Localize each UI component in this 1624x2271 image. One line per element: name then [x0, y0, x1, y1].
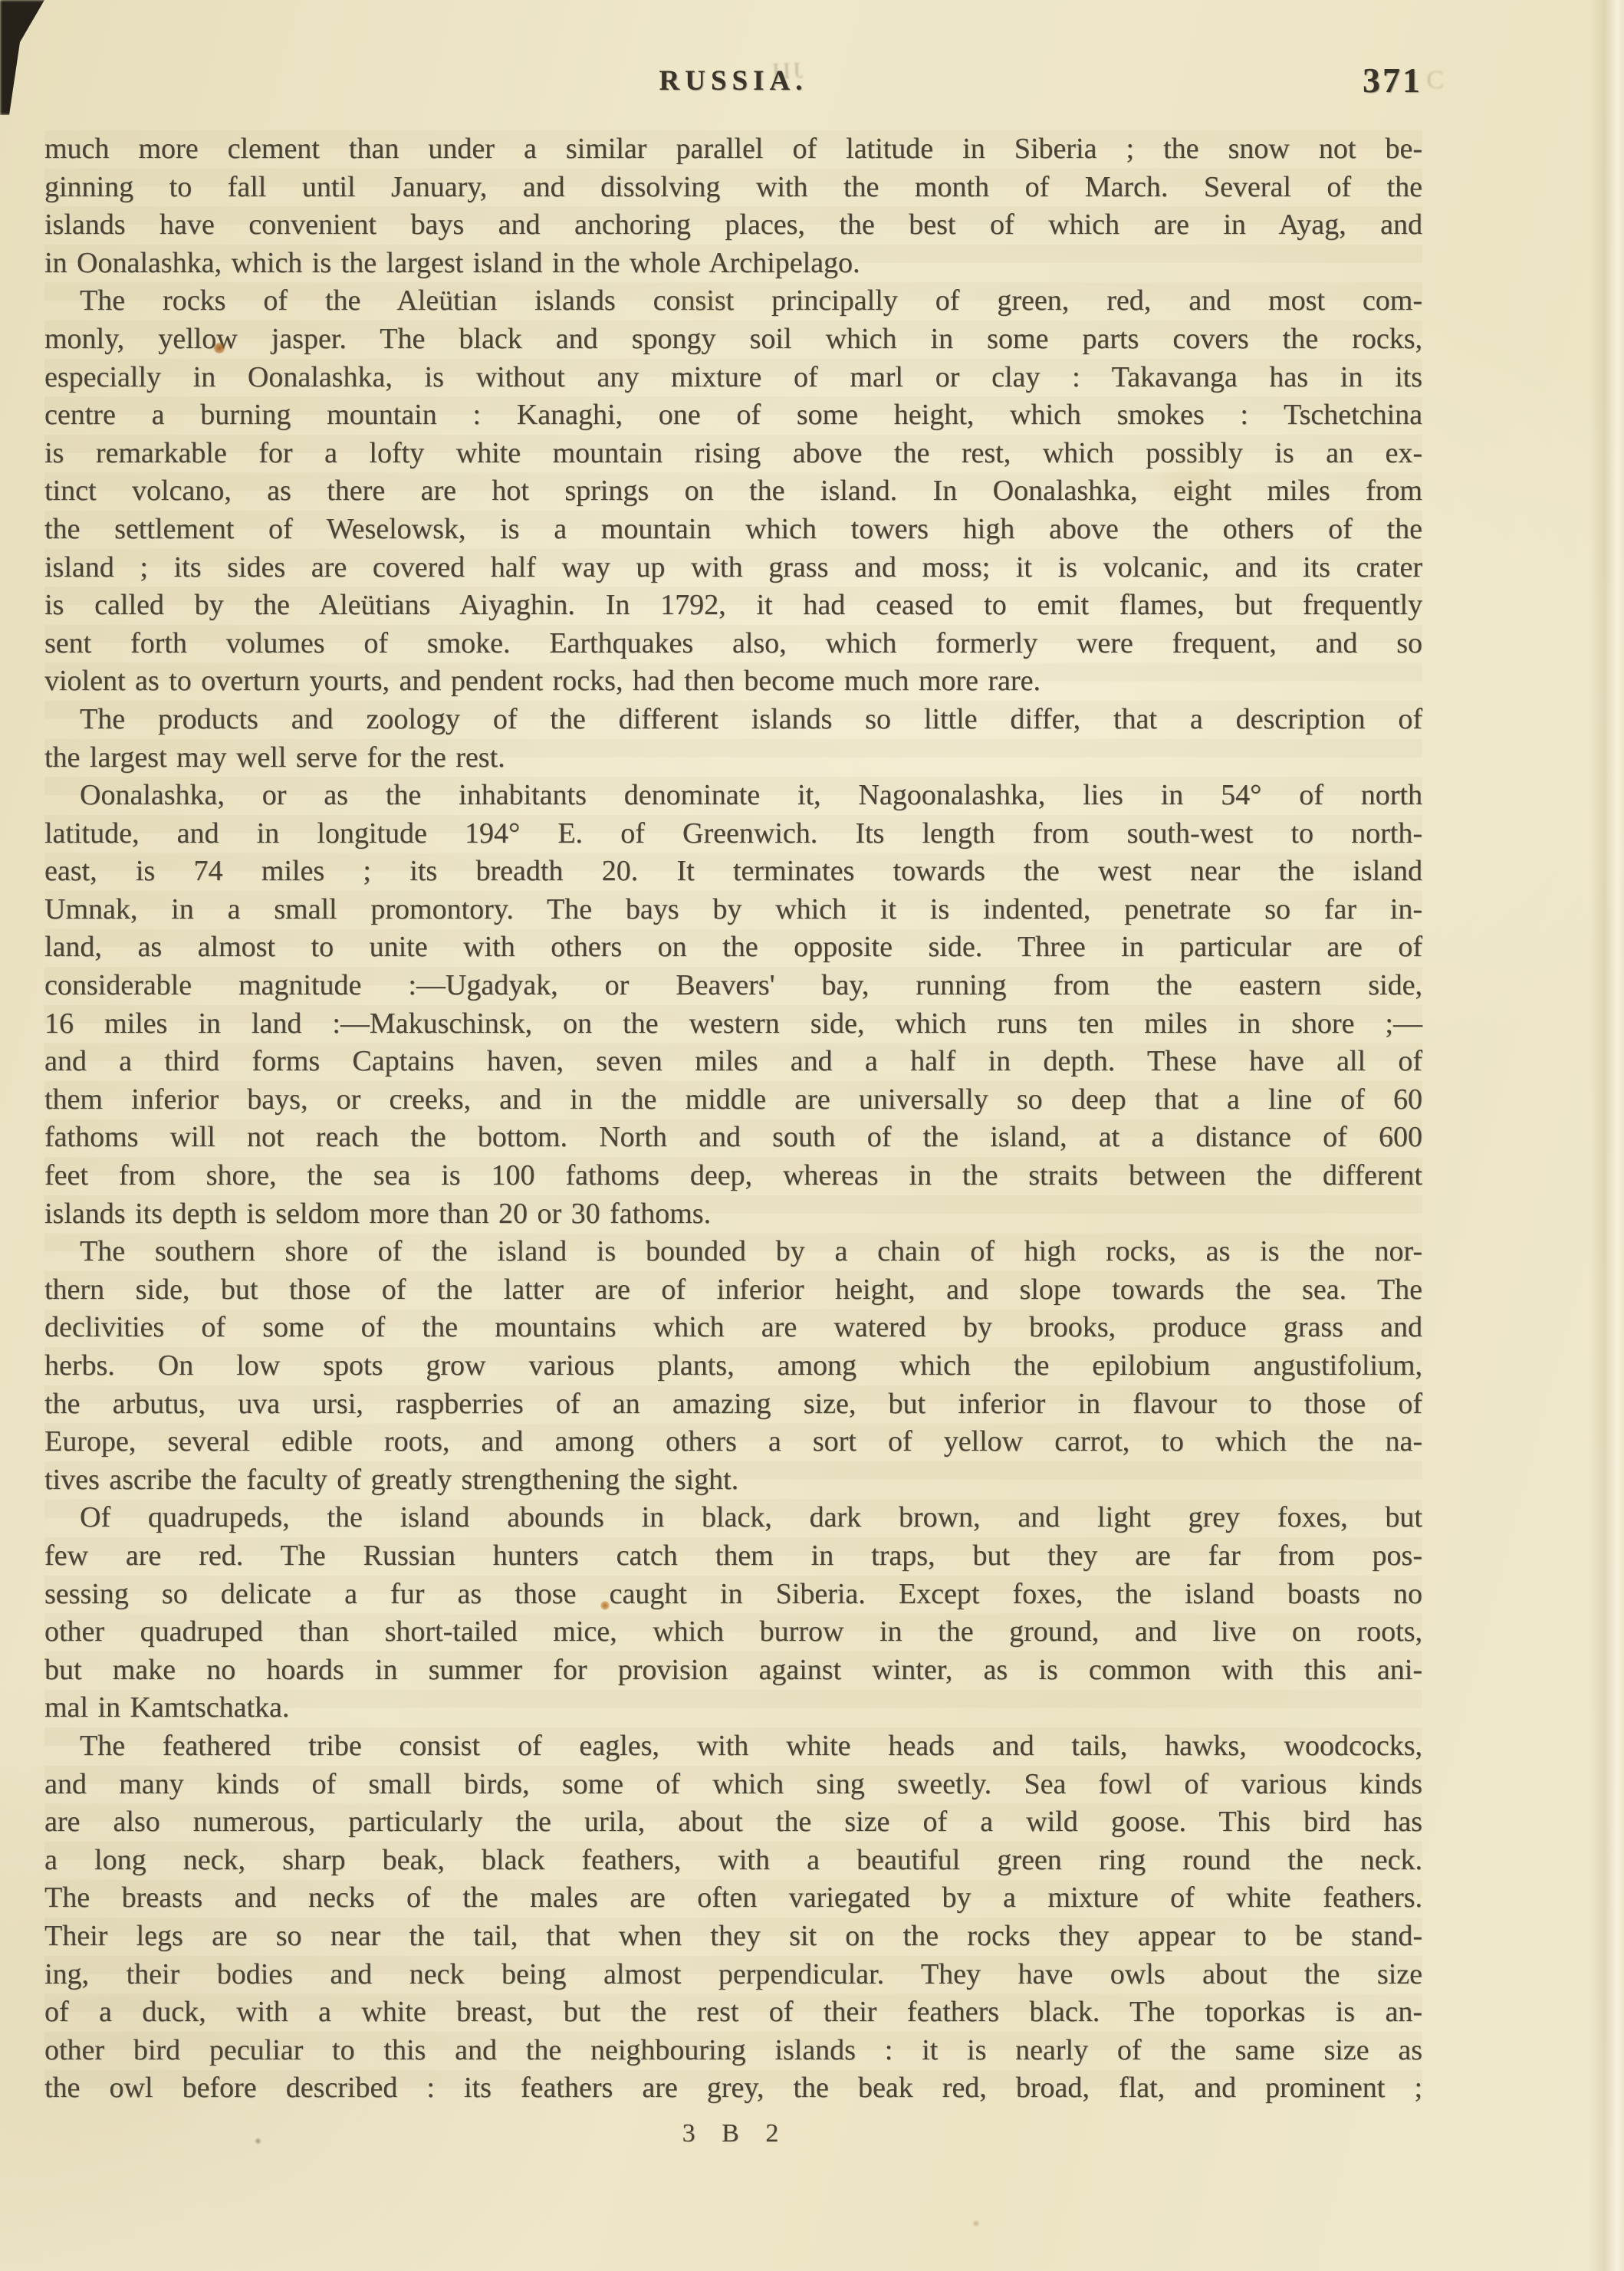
text-line: in Oonalashka, which is the largest isla… [44, 245, 1422, 283]
page-number: 371 [1363, 60, 1422, 100]
text-line: much more clement than under a similar p… [44, 130, 1422, 169]
text-line: few are red. The Russian hunters catch t… [44, 1537, 1422, 1576]
text-line: sent forth volumes of smoke. Earthquakes… [44, 625, 1422, 663]
text-line: other quadruped than short-tailed mice, … [44, 1613, 1422, 1651]
text-line: The southern shore of the island is boun… [44, 1233, 1422, 1271]
text-line: ing, their bodies and neck being almost … [44, 1956, 1422, 1994]
text-line: herbs. On low spots grow various plants,… [44, 1347, 1422, 1385]
text-line: monly, yellow jasper. The black and spon… [44, 320, 1422, 359]
text-line: declivities of some of the mountains whi… [44, 1309, 1422, 1347]
text-line: the arbutus, uva ursi, raspberries of an… [44, 1385, 1422, 1424]
text-line: The products and zoology of the differen… [44, 701, 1422, 739]
text-line: them inferior bays, or creeks, and in th… [44, 1081, 1422, 1119]
text-line: feet from shore, the sea is 100 fathoms … [44, 1157, 1422, 1195]
text-line: Umnak, in a small promontory. The bays b… [44, 891, 1422, 929]
text-line: islands its depth is seldom more than 20… [44, 1195, 1422, 1234]
text-line: and many kinds of small birds, some of w… [44, 1766, 1422, 1804]
book-page: JII RUSSIA. 371 C much more clement than… [0, 0, 1624, 2271]
text-line: land, as almost to unite with others on … [44, 928, 1422, 967]
text-line: The breasts and necks of the males are o… [44, 1879, 1422, 1918]
text-line: centre a burning mountain : Kanaghi, one… [44, 396, 1422, 435]
text-line: a long neck, sharp beak, black feathers,… [44, 1842, 1422, 1880]
text-line: fathoms will not reach the bottom. North… [44, 1119, 1422, 1157]
text-line: 16 miles in land :—Makuschinsk, on the w… [44, 1005, 1422, 1043]
page-header: JII RUSSIA. 371 C [44, 64, 1422, 103]
text-line: island ; its sides are covered half way … [44, 549, 1422, 587]
text-line: considerable magnitude :—Ugadyak, or Bea… [44, 967, 1422, 1005]
text-line: is called by the Aleütians Aiyaghin. In … [44, 587, 1422, 625]
text-line: The feathered tribe consist of eagles, w… [44, 1727, 1422, 1766]
ink-speck [255, 2138, 261, 2144]
text-line: are also numerous, particularly the uril… [44, 1803, 1422, 1842]
ink-speck [972, 2220, 980, 2227]
text-line: the largest may well serve for the rest. [44, 739, 1422, 777]
paper-blotch [1150, 452, 1234, 514]
text-line: ginning to fall until January, and disso… [44, 169, 1422, 207]
text-line: sessing so delicate a fur as those caugh… [44, 1576, 1422, 1614]
page-edge-shading [1589, 0, 1624, 2271]
printer-signature: 3 B 2 [44, 2119, 1422, 2148]
text-line: violent as to overturn yourts, and pende… [44, 662, 1422, 701]
text-line: especially in Oonalashka, is without any… [44, 359, 1422, 397]
page-number-ghost-mark: C [1426, 66, 1444, 95]
text-line: Europe, several edible roots, and among … [44, 1423, 1422, 1461]
ink-stain [600, 1601, 610, 1610]
text-line: the settlement of Weselowsk, is a mounta… [44, 511, 1422, 549]
text-line: the owl before described : its feathers … [44, 2069, 1422, 2108]
text-line: of a duck, with a white breast, but the … [44, 1993, 1422, 2032]
text-line: islands have convenient bays and anchori… [44, 206, 1422, 245]
running-title: RUSSIA. [44, 64, 1422, 97]
text-line: latitude, and in longitude 194° E. of Gr… [44, 815, 1422, 853]
text-line: mal in Kamtschatka. [44, 1689, 1422, 1727]
text-line: thern side, but those of the latter are … [44, 1271, 1422, 1310]
text-line: tives ascribe the faculty of greatly str… [44, 1461, 1422, 1500]
text-line: Of quadrupeds, the island abounds in bla… [44, 1499, 1422, 1537]
text-line: but make no hoards in summer for provisi… [44, 1651, 1422, 1690]
text-line: and a third forms Captains haven, seven … [44, 1043, 1422, 1081]
paper-blotch [671, 280, 740, 326]
text-line: other bird peculiar to this and the neig… [44, 2032, 1422, 2070]
text-line: Oonalashka, or as the inhabitants denomi… [44, 777, 1422, 815]
ink-stain [213, 343, 225, 353]
body-text: much more clement than under a similar p… [44, 130, 1422, 2108]
text-line: east, is 74 miles ; its breadth 20. It t… [44, 853, 1422, 891]
text-line: Their legs are so near the tail, that wh… [44, 1918, 1422, 1956]
